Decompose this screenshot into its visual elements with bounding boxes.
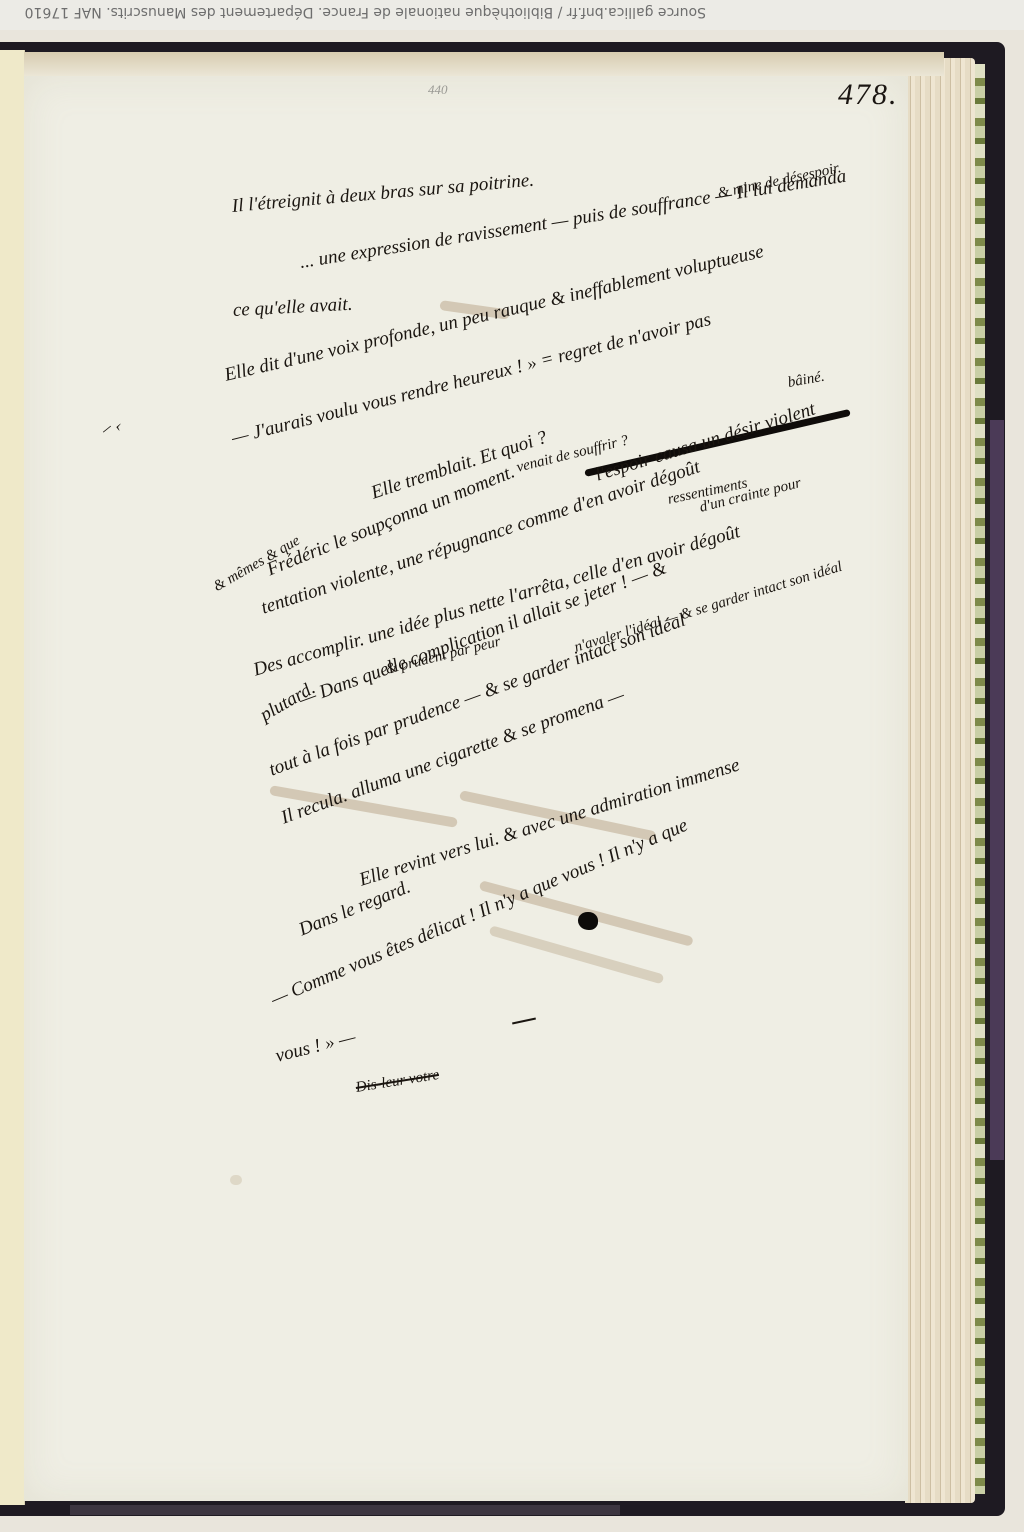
left-page-sliver bbox=[0, 50, 25, 1505]
margin-mark: ⸝ ‹ bbox=[102, 413, 122, 437]
page-top-edge bbox=[24, 52, 944, 76]
source-caption: Source gallica.bnf.fr / Bibliothèque nat… bbox=[6, 4, 706, 20]
ink-offset-stain bbox=[230, 1175, 242, 1185]
manuscript-page bbox=[24, 76, 908, 1501]
ink-blot bbox=[578, 912, 598, 930]
pencil-number: 440 bbox=[428, 82, 448, 98]
source-caption-bar: Source gallica.bnf.fr / Bibliothèque nat… bbox=[0, 0, 1024, 30]
cover-purple-band bbox=[990, 420, 1004, 1160]
page-stack-edges bbox=[905, 58, 975, 1503]
cover-bottom-band bbox=[70, 1505, 620, 1515]
folio-number: 478. bbox=[838, 78, 899, 112]
